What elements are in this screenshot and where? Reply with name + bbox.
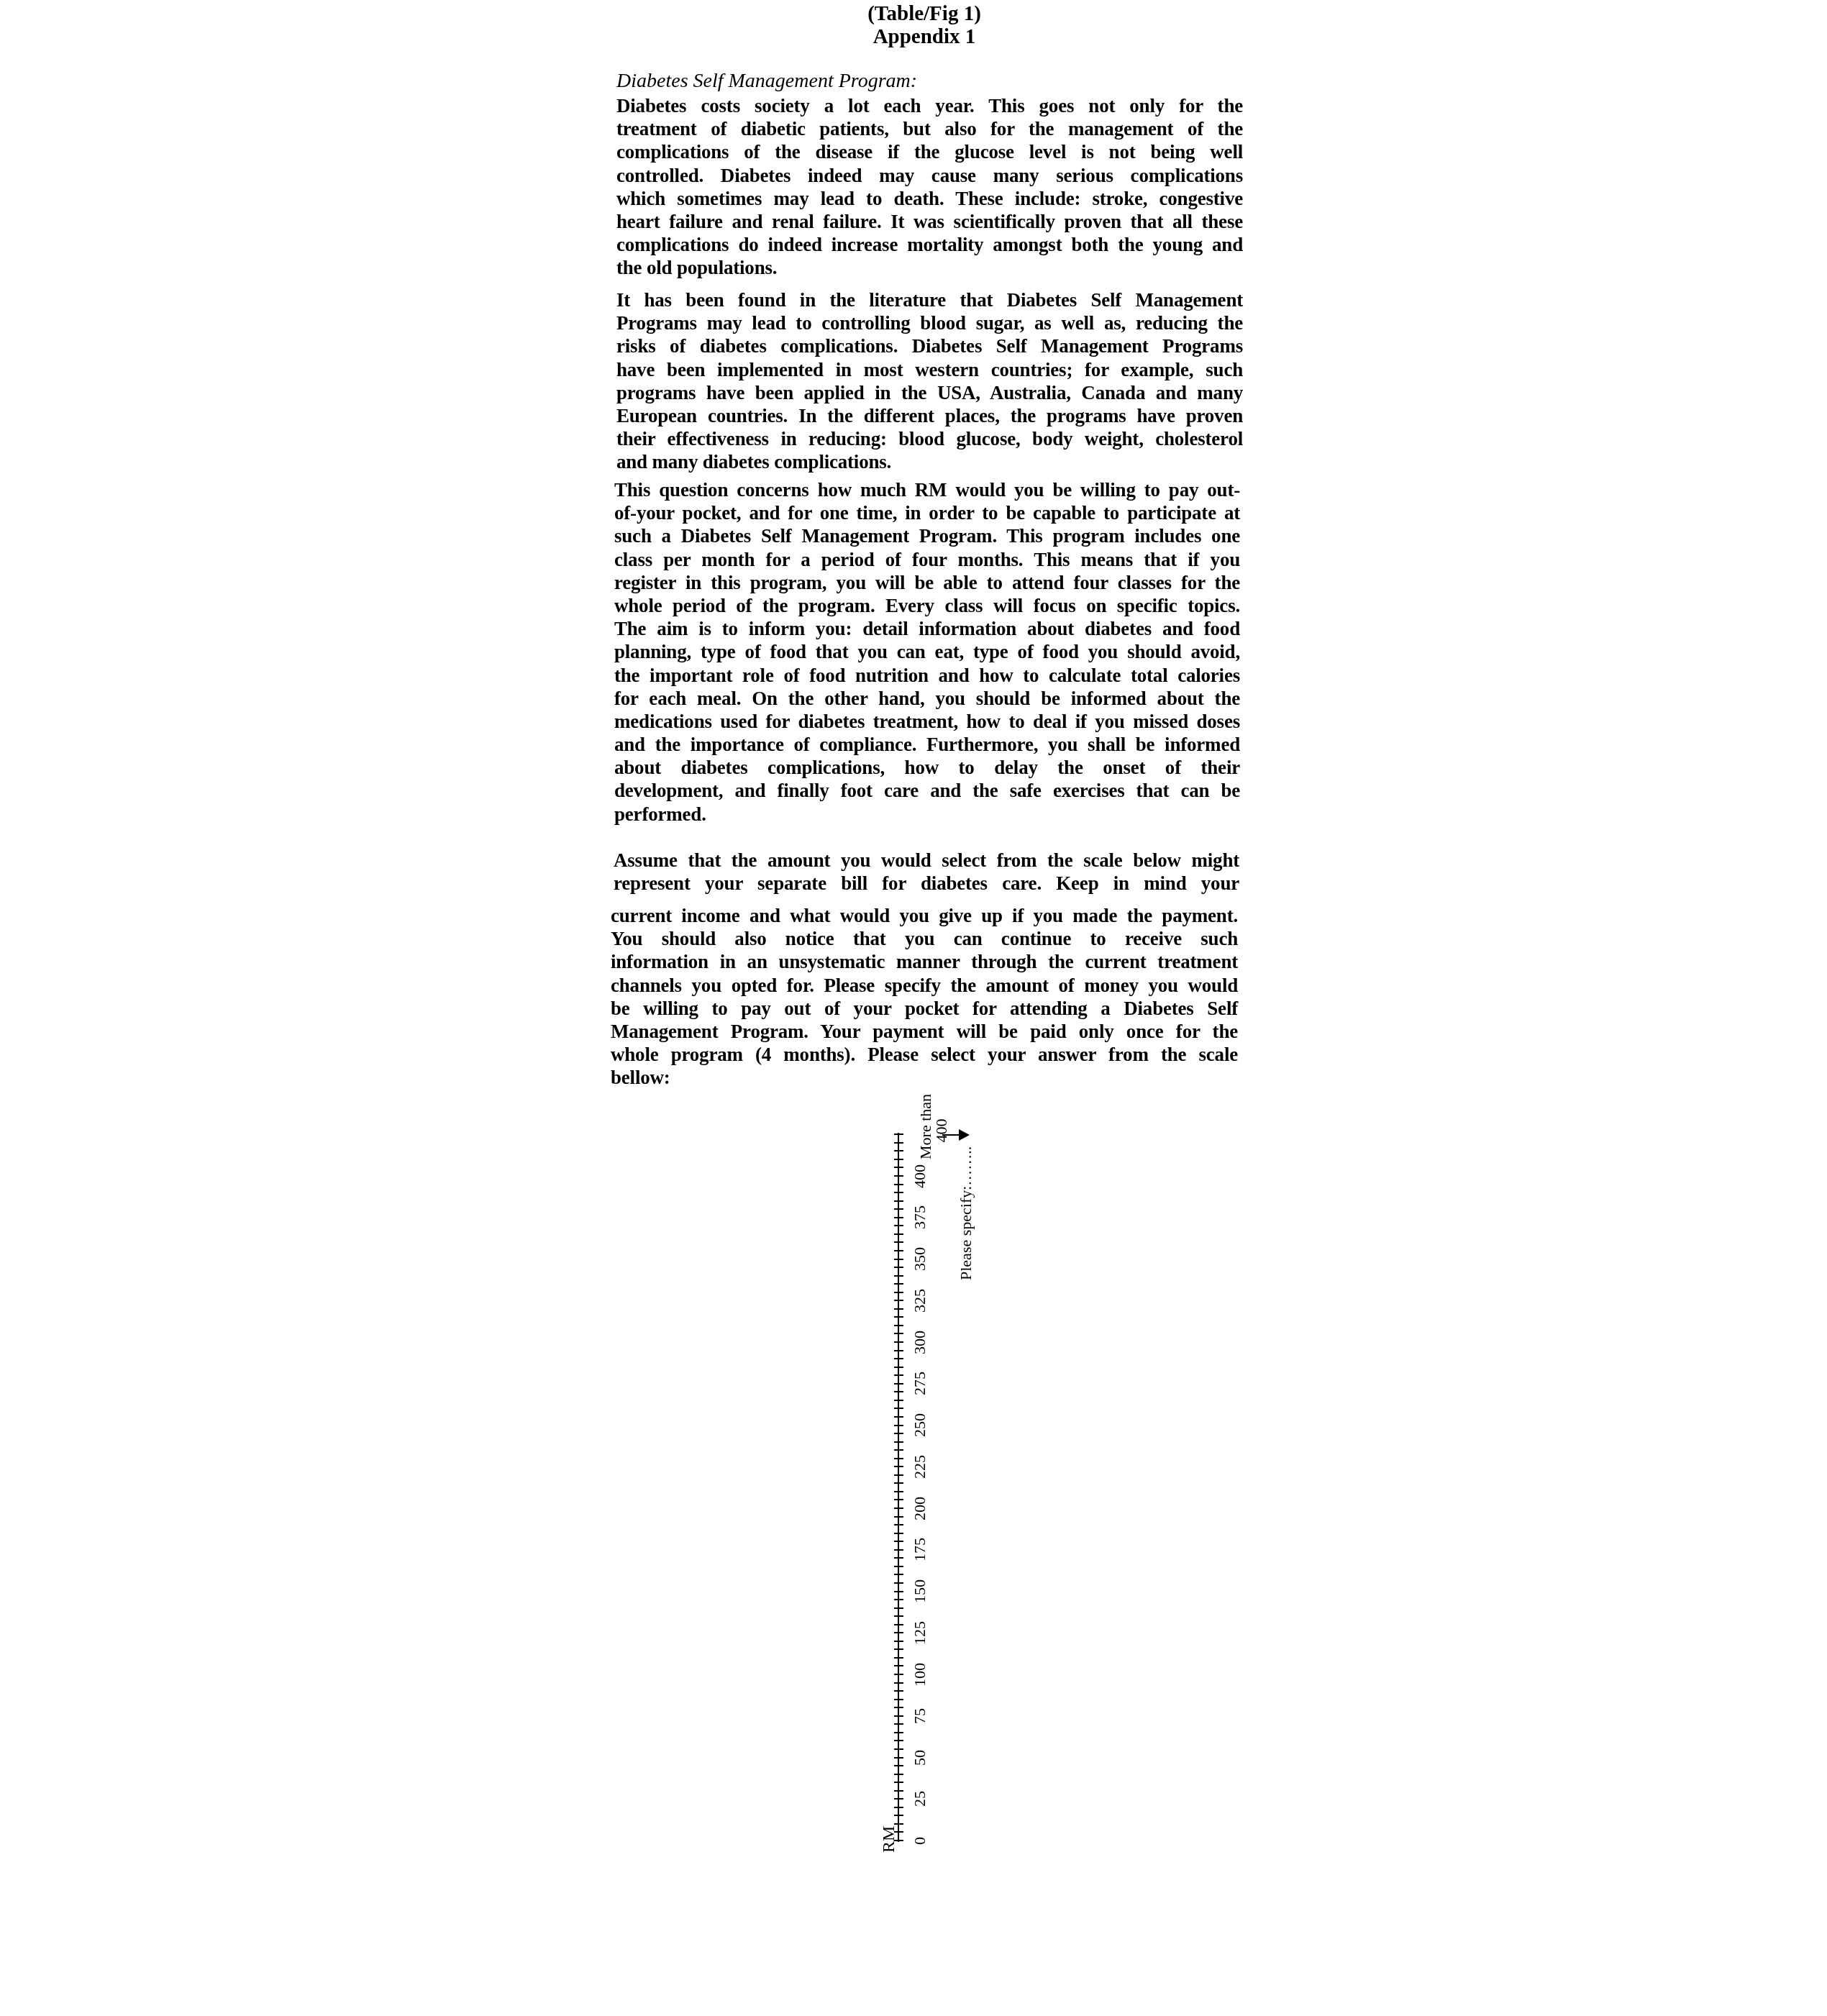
scale-tick[interactable] [894, 1358, 903, 1359]
text-line: European countries. In the different pla… [616, 404, 1243, 427]
scale-tick[interactable] [894, 1499, 903, 1500]
text-line: register in this program, you will be ab… [614, 571, 1240, 594]
scale-tick[interactable] [894, 1582, 903, 1584]
text-line: information in an unsystematic manner th… [611, 950, 1238, 973]
scale-value-label: 400 [912, 1164, 928, 1188]
scale-value-label: 125 [912, 1621, 928, 1645]
text-line: be willing to pay out of your pocket for… [611, 997, 1238, 1020]
text-line: and many diabetes complications. [616, 450, 1243, 473]
scale-tick[interactable] [894, 1524, 903, 1525]
text-line: Management Program. Your payment will be… [611, 1020, 1238, 1043]
paragraph-costs: Diabetes costs society a lot each year. … [616, 94, 1243, 280]
scale-tick[interactable] [894, 1482, 903, 1484]
scale-tick[interactable] [894, 1641, 903, 1642]
scale-tick[interactable] [894, 1591, 903, 1592]
scale-tick[interactable] [894, 1374, 903, 1376]
scale-tick[interactable] [894, 1350, 903, 1351]
text-line: current income and what would you give u… [611, 904, 1238, 927]
text-line: treatment of diabetic patients, but also… [616, 117, 1243, 140]
more-than-value: 400 [934, 1102, 949, 1159]
scale-tick[interactable] [894, 1200, 903, 1202]
text-line: medications used for diabetes treatment,… [614, 710, 1240, 733]
scale-tick[interactable] [894, 1632, 903, 1633]
text-line: Programs may lead to controlling blood s… [616, 311, 1243, 334]
scale-tick[interactable] [894, 1840, 903, 1841]
scale-value-label: 75 [912, 1708, 928, 1724]
scale-tick[interactable] [894, 1566, 903, 1567]
text-line: such a Diabetes Self Management Program.… [614, 524, 1240, 547]
text-line: bellow: [611, 1066, 1238, 1089]
arrow-head-icon [959, 1129, 970, 1141]
more-than-label: More than 400 [918, 1102, 949, 1159]
scale-tick[interactable] [894, 1416, 903, 1418]
scale-value-label: 300 [912, 1331, 928, 1354]
scale-tick[interactable] [894, 1648, 903, 1650]
text-line: the old populations. [616, 256, 1243, 279]
text-line: risks of diabetes complications. Diabete… [616, 334, 1243, 357]
scale-tick[interactable] [894, 1333, 903, 1334]
appendix-title: Appendix 1 [780, 25, 1068, 48]
scale-tick[interactable] [894, 1624, 903, 1625]
scale-value-label: 325 [912, 1289, 928, 1313]
scale-tick[interactable] [894, 1815, 903, 1816]
scale-tick[interactable] [894, 1283, 903, 1285]
scale-tick[interactable] [894, 1723, 903, 1725]
text-line: complications of the disease if the gluc… [616, 140, 1243, 163]
right-arrow-icon [942, 1134, 960, 1136]
scale-tick[interactable] [894, 1574, 903, 1575]
scale-value-label: 100 [912, 1663, 928, 1687]
scale-tick[interactable] [894, 1267, 903, 1268]
scale-tick[interactable] [894, 1425, 903, 1426]
text-line: It has been found in the literature that… [616, 288, 1243, 311]
text-line: of-your pocket, and for one time, in ord… [614, 501, 1240, 524]
scale-tick[interactable] [894, 1233, 903, 1235]
scale-tick[interactable] [894, 1292, 903, 1293]
scale-tick[interactable] [894, 1715, 903, 1717]
scale-tick[interactable] [894, 1798, 903, 1800]
scale-tick[interactable] [894, 1508, 903, 1509]
text-line: their effectiveness in reducing: blood g… [616, 427, 1243, 450]
text-line: and the importance of compliance. Furthe… [614, 733, 1240, 756]
scale-value-label: 375 [912, 1205, 928, 1229]
text-line: heart failure and renal failure. It was … [616, 210, 1243, 233]
scale-value-label: 275 [912, 1372, 928, 1395]
scale-unit-label: RM [880, 1826, 898, 1853]
scale-tick[interactable] [894, 1208, 903, 1210]
text-line: You should also notice that you can cont… [611, 927, 1238, 950]
scale-value-label: 250 [912, 1413, 928, 1437]
text-line: controlled. Diabetes indeed may cause ma… [616, 164, 1243, 187]
text-line: planning, type of food that you can eat,… [614, 640, 1240, 663]
scale-tick[interactable] [894, 1433, 903, 1434]
text-line: This question concerns how much RM would… [614, 478, 1240, 501]
section-heading: Diabetes Self Management Program: [616, 70, 917, 93]
scale-tick[interactable] [894, 1665, 903, 1666]
text-line: performed. [614, 803, 1240, 826]
paragraph-instructions: current income and what would you give u… [611, 904, 1238, 1090]
scale-tick[interactable] [894, 1516, 903, 1518]
scale-tick[interactable] [894, 1225, 903, 1226]
scale-tick[interactable] [894, 1400, 903, 1401]
scale-tick[interactable] [894, 1391, 903, 1392]
scale-tick[interactable] [894, 1316, 903, 1318]
text-line: channels you opted for. Please specify t… [611, 974, 1238, 997]
scale-tick[interactable] [894, 1533, 903, 1534]
scale-value-label: 50 [912, 1750, 928, 1766]
paragraph-program-description: This question concerns how much RM would… [614, 478, 1240, 826]
scale-tick[interactable] [894, 1142, 903, 1144]
text-line: the important role of food nutrition and… [614, 664, 1240, 687]
scale-tick[interactable] [894, 1300, 903, 1301]
scale-tick[interactable] [894, 1807, 903, 1808]
scale-value-label: 225 [912, 1455, 928, 1479]
scale-tick[interactable] [894, 1732, 903, 1733]
scale-tick[interactable] [894, 1159, 903, 1160]
text-line: about diabetes complications, how to del… [614, 756, 1240, 779]
scale-tick[interactable] [894, 1699, 903, 1700]
scale-axis-line [898, 1133, 899, 1842]
paragraph-assume-intro: Assume that the amount you would select … [614, 849, 1239, 895]
scale-tick[interactable] [894, 1607, 903, 1609]
scale-tick[interactable] [894, 1167, 903, 1168]
scale-tick[interactable] [894, 1308, 903, 1310]
scale-tick[interactable] [894, 1557, 903, 1559]
table-fig-label: (Table/Fig 1) [780, 2, 1068, 25]
scale-tick[interactable] [894, 1250, 903, 1251]
scale-tick[interactable] [894, 1682, 903, 1684]
text-line: The aim is to inform you: detail informa… [614, 617, 1240, 640]
scale-tick[interactable] [894, 1474, 903, 1476]
scale-tick[interactable] [894, 1599, 903, 1600]
text-line: whole period of the program. Every class… [614, 594, 1240, 617]
scale-tick[interactable] [894, 1175, 903, 1177]
scale-tick[interactable] [894, 1325, 903, 1326]
scale-tick[interactable] [894, 1657, 903, 1659]
scale-value-label: 350 [912, 1247, 928, 1271]
scale-tick[interactable] [894, 1757, 903, 1759]
text-line: Diabetes costs society a lot each year. … [616, 94, 1243, 117]
scale-value-label: 175 [912, 1538, 928, 1561]
scale-tick[interactable] [894, 1383, 903, 1385]
scale-tick[interactable] [894, 1549, 903, 1551]
text-line: class per month for a period of four mon… [614, 548, 1240, 571]
scale-tick[interactable] [894, 1790, 903, 1792]
text-line: development, and finally foot care and t… [614, 779, 1240, 802]
scale-tick[interactable] [894, 1615, 903, 1617]
text-line: whole program (4 months). Please select … [611, 1043, 1238, 1066]
text-line: programs have been applied in the USA, A… [616, 381, 1243, 404]
scale-tick[interactable] [894, 1259, 903, 1260]
scale-tick[interactable] [894, 1408, 903, 1409]
scale-tick[interactable] [894, 1765, 903, 1766]
please-specify-field[interactable]: Please specify:…….. [958, 1146, 974, 1280]
scale-tick[interactable] [894, 1491, 903, 1492]
scale-tick[interactable] [894, 1441, 903, 1443]
scale-tick[interactable] [894, 1774, 903, 1775]
text-line: have been implemented in most western co… [616, 358, 1243, 381]
scale-tick[interactable] [894, 1217, 903, 1218]
scale-value-label: 25 [912, 1791, 928, 1807]
scale-value-label: 0 [912, 1837, 928, 1845]
scale-tick[interactable] [894, 1541, 903, 1542]
text-line: for each meal. On the other hand, you sh… [614, 687, 1240, 710]
scale-value-label: 200 [912, 1497, 928, 1520]
scale-tick[interactable] [894, 1184, 903, 1185]
scale-tick[interactable] [894, 1458, 903, 1459]
scale-tick[interactable] [894, 1192, 903, 1193]
scale-tick[interactable] [894, 1341, 903, 1343]
scale-tick[interactable] [894, 1367, 903, 1368]
scale-value-label: 150 [912, 1579, 928, 1603]
scale-tick[interactable] [894, 1150, 903, 1151]
scale-tick[interactable] [894, 1831, 903, 1833]
text-line: represent your separate bill for diabete… [614, 872, 1239, 895]
scale-tick[interactable] [894, 1241, 903, 1243]
text-line: complications do indeed increase mortali… [616, 233, 1243, 256]
scale-tick[interactable] [894, 1449, 903, 1451]
more-than-text: More than [918, 1102, 934, 1159]
scale-tick[interactable] [894, 1134, 903, 1135]
paragraph-literature: It has been found in the literature that… [616, 288, 1243, 474]
scale-tick[interactable] [894, 1740, 903, 1741]
scale-tick[interactable] [894, 1707, 903, 1708]
scale-tick[interactable] [894, 1466, 903, 1467]
text-line: which sometimes may lead to death. These… [616, 187, 1243, 210]
scale-tick[interactable] [894, 1823, 903, 1825]
scale-tick[interactable] [894, 1782, 903, 1783]
text-line: Assume that the amount you would select … [614, 849, 1239, 872]
scale-tick[interactable] [894, 1674, 903, 1675]
scale-tick[interactable] [894, 1748, 903, 1750]
scale-tick[interactable] [894, 1690, 903, 1692]
scale-tick[interactable] [894, 1275, 903, 1277]
